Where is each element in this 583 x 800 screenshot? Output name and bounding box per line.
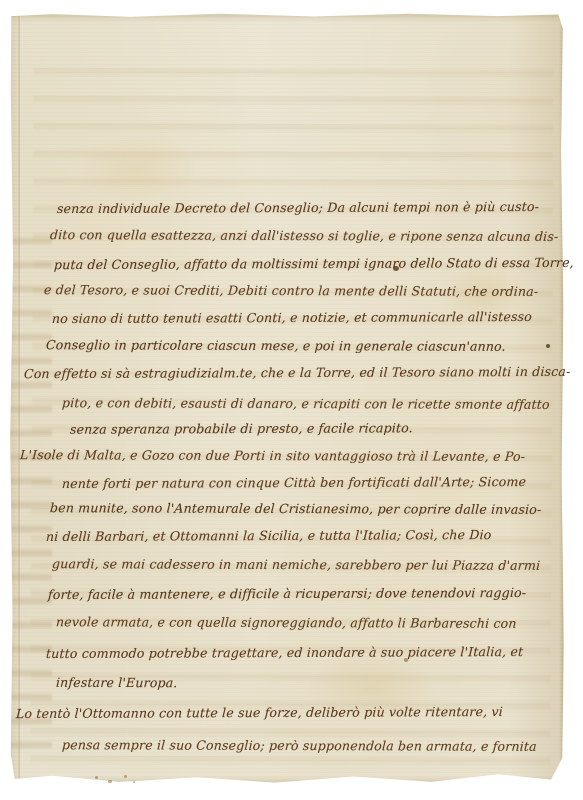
manuscript-line: nente forti per natura con cinque Città … xyxy=(62,474,527,491)
manuscript-line: nevole armata, e con quella signoreggian… xyxy=(56,614,518,631)
manuscript-line: dito con quella esattezza, anzi dall'ist… xyxy=(50,227,559,244)
manuscript-line: Con effetto si sà estragiudizialm.te, ch… xyxy=(24,364,571,381)
manuscript-line: Conseglio in particolare ciascun mese, e… xyxy=(46,337,507,354)
manuscript-line: e del Tesoro, e suoi Crediti, Debiti con… xyxy=(44,282,539,299)
manuscript-line: ben munite, sono l'Antemurale del Cristi… xyxy=(50,500,542,517)
manuscript-line: senza speranza probabile di presto, e fa… xyxy=(70,420,414,436)
manuscript-line: senza individuale Decreto del Conseglio;… xyxy=(57,199,540,216)
scanned-page: senza individuale Decreto del Conseglio;… xyxy=(0,0,583,800)
manuscript-line: guardi, se mai cadessero in mani nemiche… xyxy=(52,556,541,573)
manuscript-line: no siano di tutto tenuti esatti Conti, e… xyxy=(52,309,533,326)
manuscript-line: L'Isole di Malta, e Gozo con due Porti i… xyxy=(20,447,526,464)
manuscript-line: pito, e con debiti, esausti di danaro, e… xyxy=(62,395,551,412)
manuscript-line: pensa sempre il suo Conseglio; però supp… xyxy=(62,737,538,754)
manuscript-line: infestare l'Europa. xyxy=(56,675,178,690)
handwritten-text: senza individuale Decreto del Conseglio;… xyxy=(0,0,583,800)
manuscript-line: ni delli Barbari, et Ottomanni la Sicili… xyxy=(46,527,492,544)
manuscript-line: puta del Conseglio, affatto da moltissim… xyxy=(54,255,575,272)
manuscript-line: Lo tentò l'Ottomanno con tutte le sue fo… xyxy=(16,704,504,721)
manuscript-line: forte, facile à mantenere, e difficile à… xyxy=(48,585,527,602)
manuscript-line: tutto commodo potrebbe tragettare, ed in… xyxy=(46,644,524,661)
